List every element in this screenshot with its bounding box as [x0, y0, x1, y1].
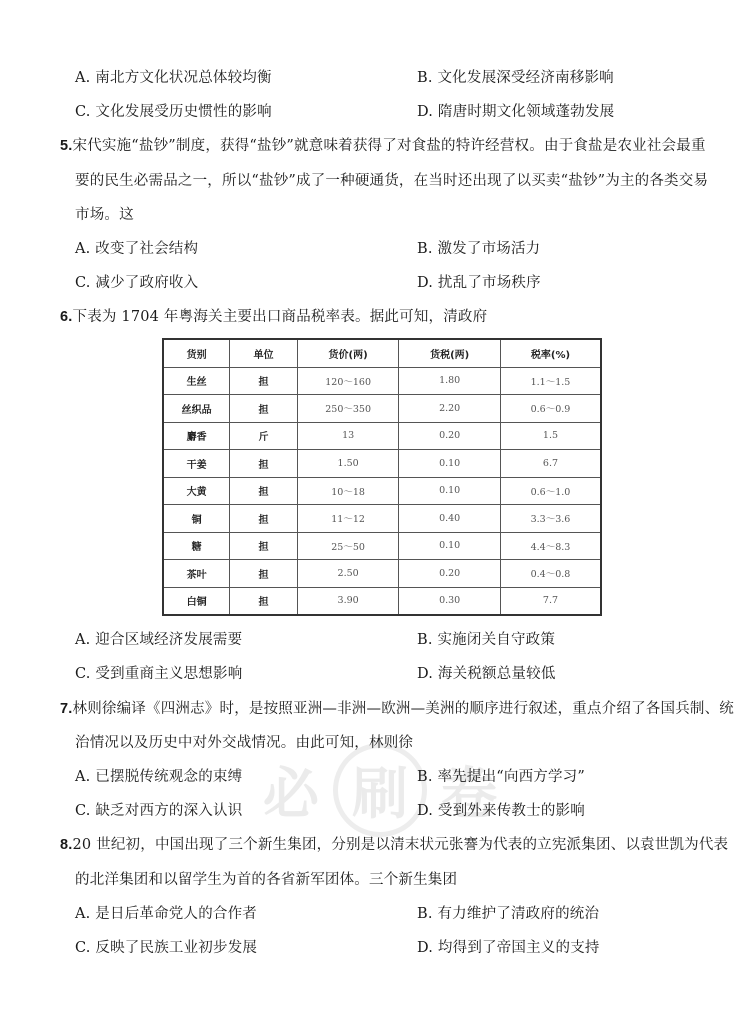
q4-option-c: C. 文化发展受历史惯性的影响: [75, 100, 272, 121]
q5-number: 5.: [60, 138, 73, 154]
q7-stem-line-1: 7.林则徐编译《四洲志》时，是按照亚洲—非洲—欧洲—美洲的顺序进行叙述，重点介绍…: [60, 697, 734, 718]
table-row: 铜担11～120.403.3～3.6: [163, 505, 601, 533]
q5-option-b: B. 激发了市场活力: [417, 237, 540, 258]
header-rate: 税率(%): [500, 339, 601, 367]
q5-stem-line-3: 市场。这: [75, 203, 134, 224]
q6-option-a: A. 迎合区域经济发展需要: [75, 628, 242, 649]
q8-option-a: A. 是日后革命党人的合作者: [75, 902, 257, 923]
table-row: 干姜担1.500.106.7: [163, 450, 601, 478]
q6-option-d: D. 海关税额总量较低: [417, 662, 556, 683]
watermark-char-2: 刷: [352, 750, 408, 830]
table-row: 麝香斤130.201.5: [163, 422, 601, 450]
table-header-row: 货别 单位 货价(两) 货税(两) 税率(%): [163, 339, 601, 367]
q5-option-d: D. 扰乱了市场秩序: [417, 271, 541, 292]
q8-stem-line-1: 8.20 世纪初，中国出现了三个新生集团，分别是以清末状元张謇为代表的立宪派集团…: [60, 833, 728, 854]
header-unit: 单位: [230, 339, 298, 367]
header-price: 货价(两): [297, 339, 399, 367]
q5-option-a: A. 改变了社会结构: [75, 237, 198, 258]
q7-number: 7.: [60, 701, 73, 717]
table-row: 白铜担3.900.307.7: [163, 587, 601, 615]
q8-option-c: C. 反映了民族工业初步发展: [75, 936, 257, 957]
watermark-ring: 刷: [333, 743, 427, 837]
q7-option-c: C. 缺乏对西方的深入认识: [75, 799, 242, 820]
q8-number: 8.: [60, 837, 73, 853]
q6-option-c: C. 受到重商主义思想影响: [75, 662, 242, 683]
q5-option-c: C. 减少了政府收入: [75, 271, 198, 292]
q7-option-a: A. 已摆脱传统观念的束缚: [75, 765, 242, 786]
q5-stem-line-2: 要的民生必需品之一，所以“盐钞”成了一种硬通货，在当时还出现了以买卖“盐钞”为主…: [75, 169, 708, 190]
table-row: 丝织品担250～3502.200.6～0.9: [163, 395, 601, 423]
watermark: 必 刷 卷: [255, 740, 505, 840]
q4-option-b: B. 文化发展深受经济南移影响: [417, 66, 614, 87]
q4-option-d: D. 隋唐时期文化领域蓬勃发展: [417, 100, 614, 121]
q8-option-b: B. 有力维护了清政府的统治: [417, 902, 599, 923]
q4-option-a: A. 南北方文化状况总体较均衡: [75, 66, 272, 87]
header-goods: 货别: [163, 339, 230, 367]
watermark-char-1: 必: [263, 750, 319, 830]
q8-option-d: D. 均得到了帝国主义的支持: [417, 936, 600, 957]
q7-option-b: B. 率先提出“向西方学习”: [417, 765, 585, 786]
q6-number: 6.: [60, 309, 73, 325]
tax-rate-table: 货别 单位 货价(两) 货税(两) 税率(%) 生丝担120～1601.801.…: [162, 338, 602, 616]
q8-stem-line-2: 的北洋集团和以留学生为首的各省新军团体。三个新生集团: [75, 868, 457, 889]
q6-stem: 6.下表为 1704 年粤海关主要出口商品税率表。据此可知，清政府: [60, 305, 487, 326]
q7-stem-line-2: 治情况以及历史中对外交战情况。由此可知，林则徐: [75, 731, 413, 752]
table-row: 茶叶担2.500.200.4～0.8: [163, 560, 601, 588]
q7-option-d: D. 受到外来传教士的影响: [417, 799, 585, 820]
q6-option-b: B. 实施闭关自守政策: [417, 628, 555, 649]
header-tax: 货税(两): [399, 339, 501, 367]
q5-stem-line-1: 5.宋代实施“盐钞”制度，获得“盐钞”就意味着获得了对食盐的特许经营权。由于食盐…: [60, 134, 706, 155]
table-row: 糖担25～500.104.4～8.3: [163, 532, 601, 560]
table-row: 生丝担120～1601.801.1～1.5: [163, 367, 601, 395]
table-row: 大黄担10～180.100.6～1.0: [163, 477, 601, 505]
